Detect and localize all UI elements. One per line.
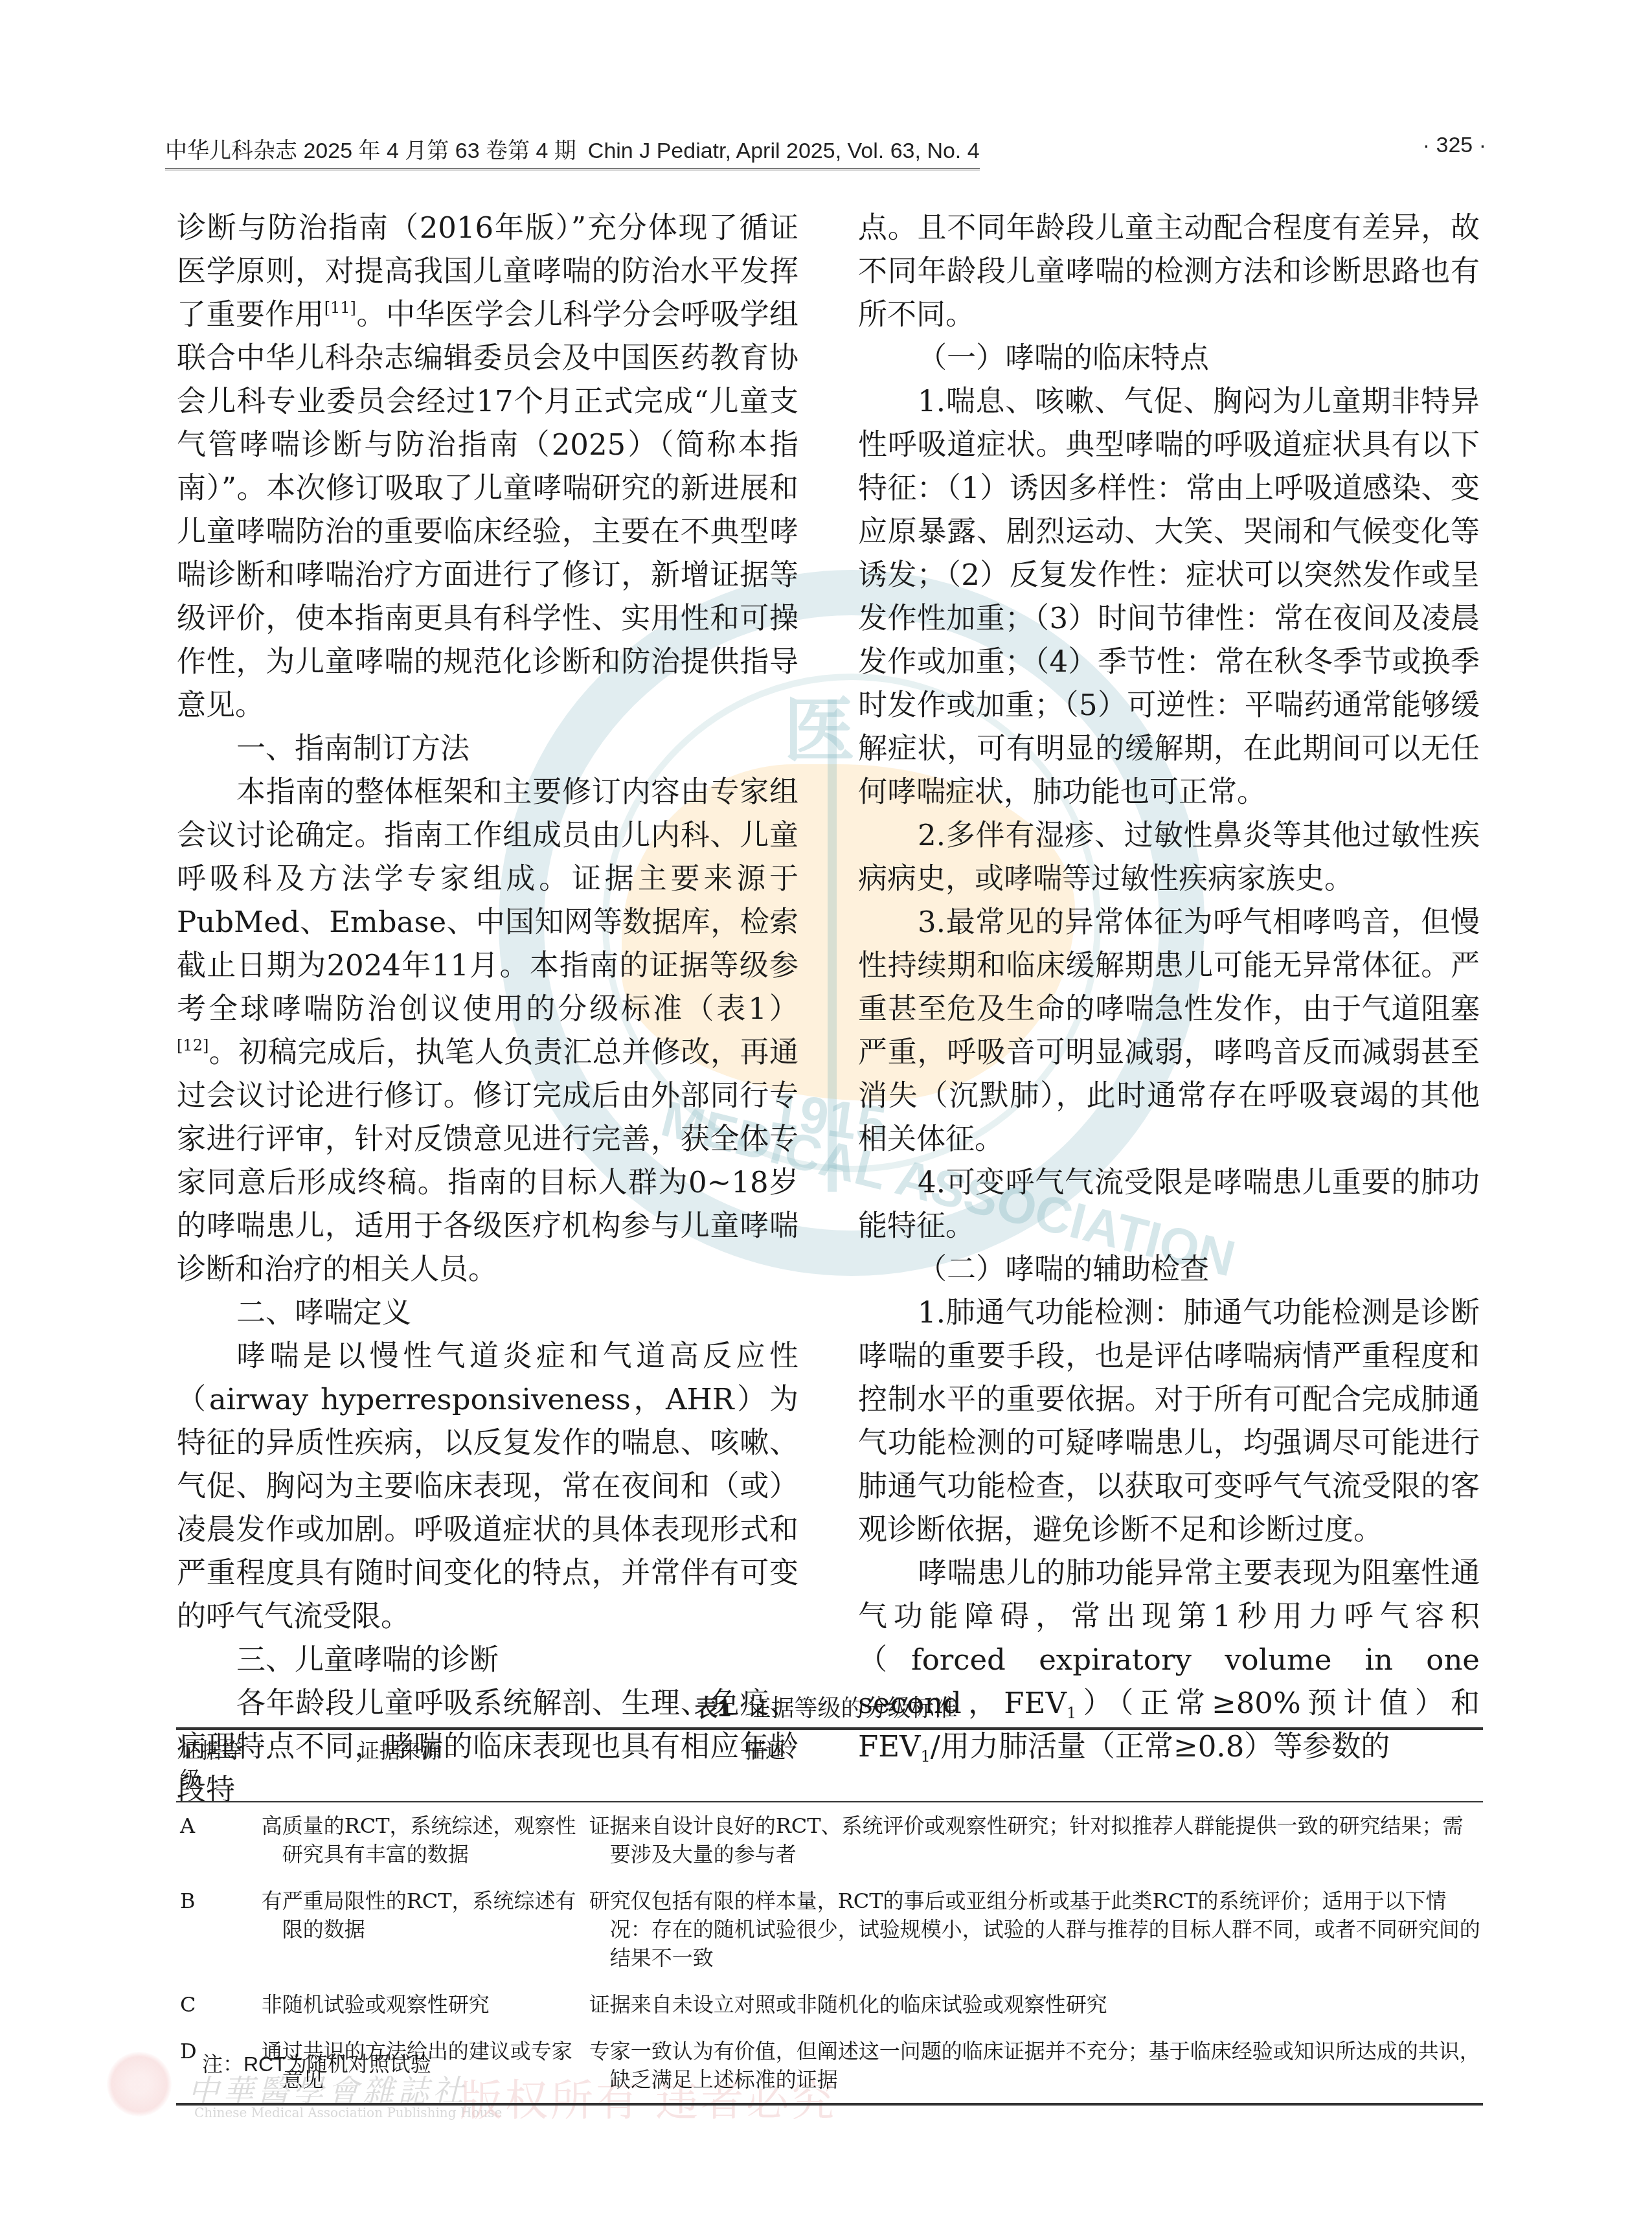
cell-description-text: 研究仅包括有限的样本量，RCT的事后或亚组分析或基于此类RCT的系统评价；适用于… <box>589 1887 1483 1972</box>
paragraph: 哮喘是以慢性气道炎症和气道高反应性（airway hyperresponsive… <box>177 1334 798 1638</box>
page-number: · 325 · <box>1423 133 1486 158</box>
paragraph: 2.多伴有湿疹、过敏性鼻炎等其他过敏性疾病病史，或哮喘等过敏性疾病家族史。 <box>858 813 1480 900</box>
paragraph: 本指南的整体框架和主要修订内容由专家组会议讨论确定。指南工作组成员由儿内科、儿童… <box>177 770 798 1291</box>
column-header-description: 描述 <box>589 1729 1483 1802</box>
cell-description: 专家一致认为有价值，但阐述这一问题的临床证据并不充分；基于临床经验或知识所达成的… <box>589 2028 1483 2104</box>
running-header: 中华儿科杂志 2025 年 4 月第 63 卷第 4 期Chin J Pedia… <box>165 133 1486 172</box>
journal-citation-cn: 中华儿科杂志 2025 年 4 月第 63 卷第 4 期 <box>165 139 576 163</box>
table-row: B 有严重局限性的RCT，系统综述有限的数据 研究仅包括有限的样本量，RCT的事… <box>176 1878 1483 1981</box>
column-header-grade: 证据等级 <box>176 1729 262 1802</box>
table-row: C 非随机试验或观察性研究 证据来自未设立对照或非随机化的临床试验或观察性研究 <box>176 1981 1483 2028</box>
table-caption: 表1证据等级的分级标准 <box>0 1690 1652 1723</box>
subsection-heading-clinical-features: （一）哮喘的临床特点 <box>858 336 1480 380</box>
cell-description: 研究仅包括有限的样本量，RCT的事后或亚组分析或基于此类RCT的系统评价；适用于… <box>589 1878 1483 1981</box>
citation-ref[interactable]: [12] <box>177 1036 209 1054</box>
publisher-name-en: Chinese Medical Association Publishing H… <box>194 2105 502 2120</box>
paragraph: 1.喘息、咳嗽、气促、胸闷为儿童期非特异性呼吸道症状。典型哮喘的呼吸道症状具有以… <box>858 380 1480 813</box>
subsection-heading-auxiliary-exams: （二）哮喘的辅助检查 <box>858 1247 1480 1291</box>
cell-grade: A <box>176 1802 262 1878</box>
cell-description: 证据来自设计良好的RCT、系统评价或观察性研究；针对拟推荐人群能提供一致的研究结… <box>589 1802 1483 1878</box>
cell-description-text: 证据来自设计良好的RCT、系统评价或观察性研究；针对拟推荐人群能提供一致的研究结… <box>589 1811 1483 1868</box>
table-label: 表1 <box>694 1695 730 1721</box>
paragraph-text: 。初稿完成后，执笔人负责汇总并修改，再通过会议讨论进行修订。修订完成后由外部同行… <box>177 1035 798 1286</box>
cell-source-text: 高质量的RCT，系统综述，观察性研究具有丰富的数据 <box>262 1811 589 1868</box>
table-footnote: 注：RCT为随机对照试验 <box>202 2048 431 2078</box>
table-title: 证据等级的分级标准 <box>748 1696 958 1722</box>
paragraph: 3.最常见的异常体征为呼气相哮鸣音，但慢性持续期和临床缓解期患儿可能无异常体征。… <box>858 900 1480 1161</box>
right-column: 点。且不同年龄段儿童主动配合程度有差异，故不同年龄段儿童哮喘的检测方法和诊断思路… <box>858 206 1480 1768</box>
table-row: A 高质量的RCT，系统综述，观察性研究具有丰富的数据 证据来自设计良好的RCT… <box>176 1802 1483 1878</box>
section-heading-diagnosis: 三、儿童哮喘的诊断 <box>177 1638 798 1681</box>
cell-grade: B <box>176 1878 262 1981</box>
paragraph: 1.肺通气功能检测：肺通气功能检测是诊断哮喘的重要手段，也是评估哮喘病情严重程度… <box>858 1291 1480 1551</box>
cell-grade: C <box>176 1981 262 2028</box>
cell-source: 非随机试验或观察性研究 <box>262 1981 589 2028</box>
publisher-logo-icon <box>107 2052 172 2117</box>
cell-description-text: 证据来自未设立对照或非随机化的临床试验或观察性研究 <box>589 1990 1483 2019</box>
paragraph: 点。且不同年龄段儿童主动配合程度有差异，故不同年龄段儿童哮喘的检测方法和诊断思路… <box>858 206 1480 336</box>
journal-citation: 中华儿科杂志 2025 年 4 月第 63 卷第 4 期Chin J Pedia… <box>165 133 980 170</box>
column-header-source: 证据来源 <box>262 1729 589 1802</box>
cell-source: 高质量的RCT，系统综述，观察性研究具有丰富的数据 <box>262 1802 589 1878</box>
cell-source-text: 非随机试验或观察性研究 <box>262 1990 589 2019</box>
cell-source: 有严重局限性的RCT，系统综述有限的数据 <box>262 1878 589 1981</box>
cell-description: 证据来自未设立对照或非随机化的临床试验或观察性研究 <box>589 1981 1483 2028</box>
paragraph: 4.可变呼气气流受限是哮喘患儿重要的肺功能特征。 <box>858 1161 1480 1247</box>
paragraph: 诊断与防治指南（2016年版）”充分体现了循证医学原则，对提高我国儿童哮喘的防治… <box>177 206 798 727</box>
paragraph-text: 本指南的整体框架和主要修订内容由专家组会议讨论确定。指南工作组成员由儿内科、儿童… <box>177 775 798 1026</box>
citation-ref[interactable]: [11] <box>324 299 356 317</box>
paragraph-text: 。中华医学会儿科学分会呼吸学组联合中华儿科杂志编辑委员会及中国医药教育协会儿科专… <box>177 297 798 722</box>
cell-description-text: 专家一致认为有价值，但阐述这一问题的临床证据并不充分；基于临床经验或知识所达成的… <box>589 2037 1483 2094</box>
cell-source-text: 有严重局限性的RCT，系统综述有限的数据 <box>262 1887 589 1944</box>
section-heading-definition: 二、哮喘定义 <box>177 1291 798 1334</box>
left-column: 诊断与防治指南（2016年版）”充分体现了循证医学原则，对提高我国儿童哮喘的防治… <box>177 206 798 1811</box>
section-heading-methods: 一、指南制订方法 <box>177 727 798 770</box>
table-header-row: 证据等级 证据来源 描述 <box>176 1729 1483 1802</box>
journal-citation-en: Chin J Pediatr, April 2025, Vol. 63, No.… <box>588 139 980 163</box>
